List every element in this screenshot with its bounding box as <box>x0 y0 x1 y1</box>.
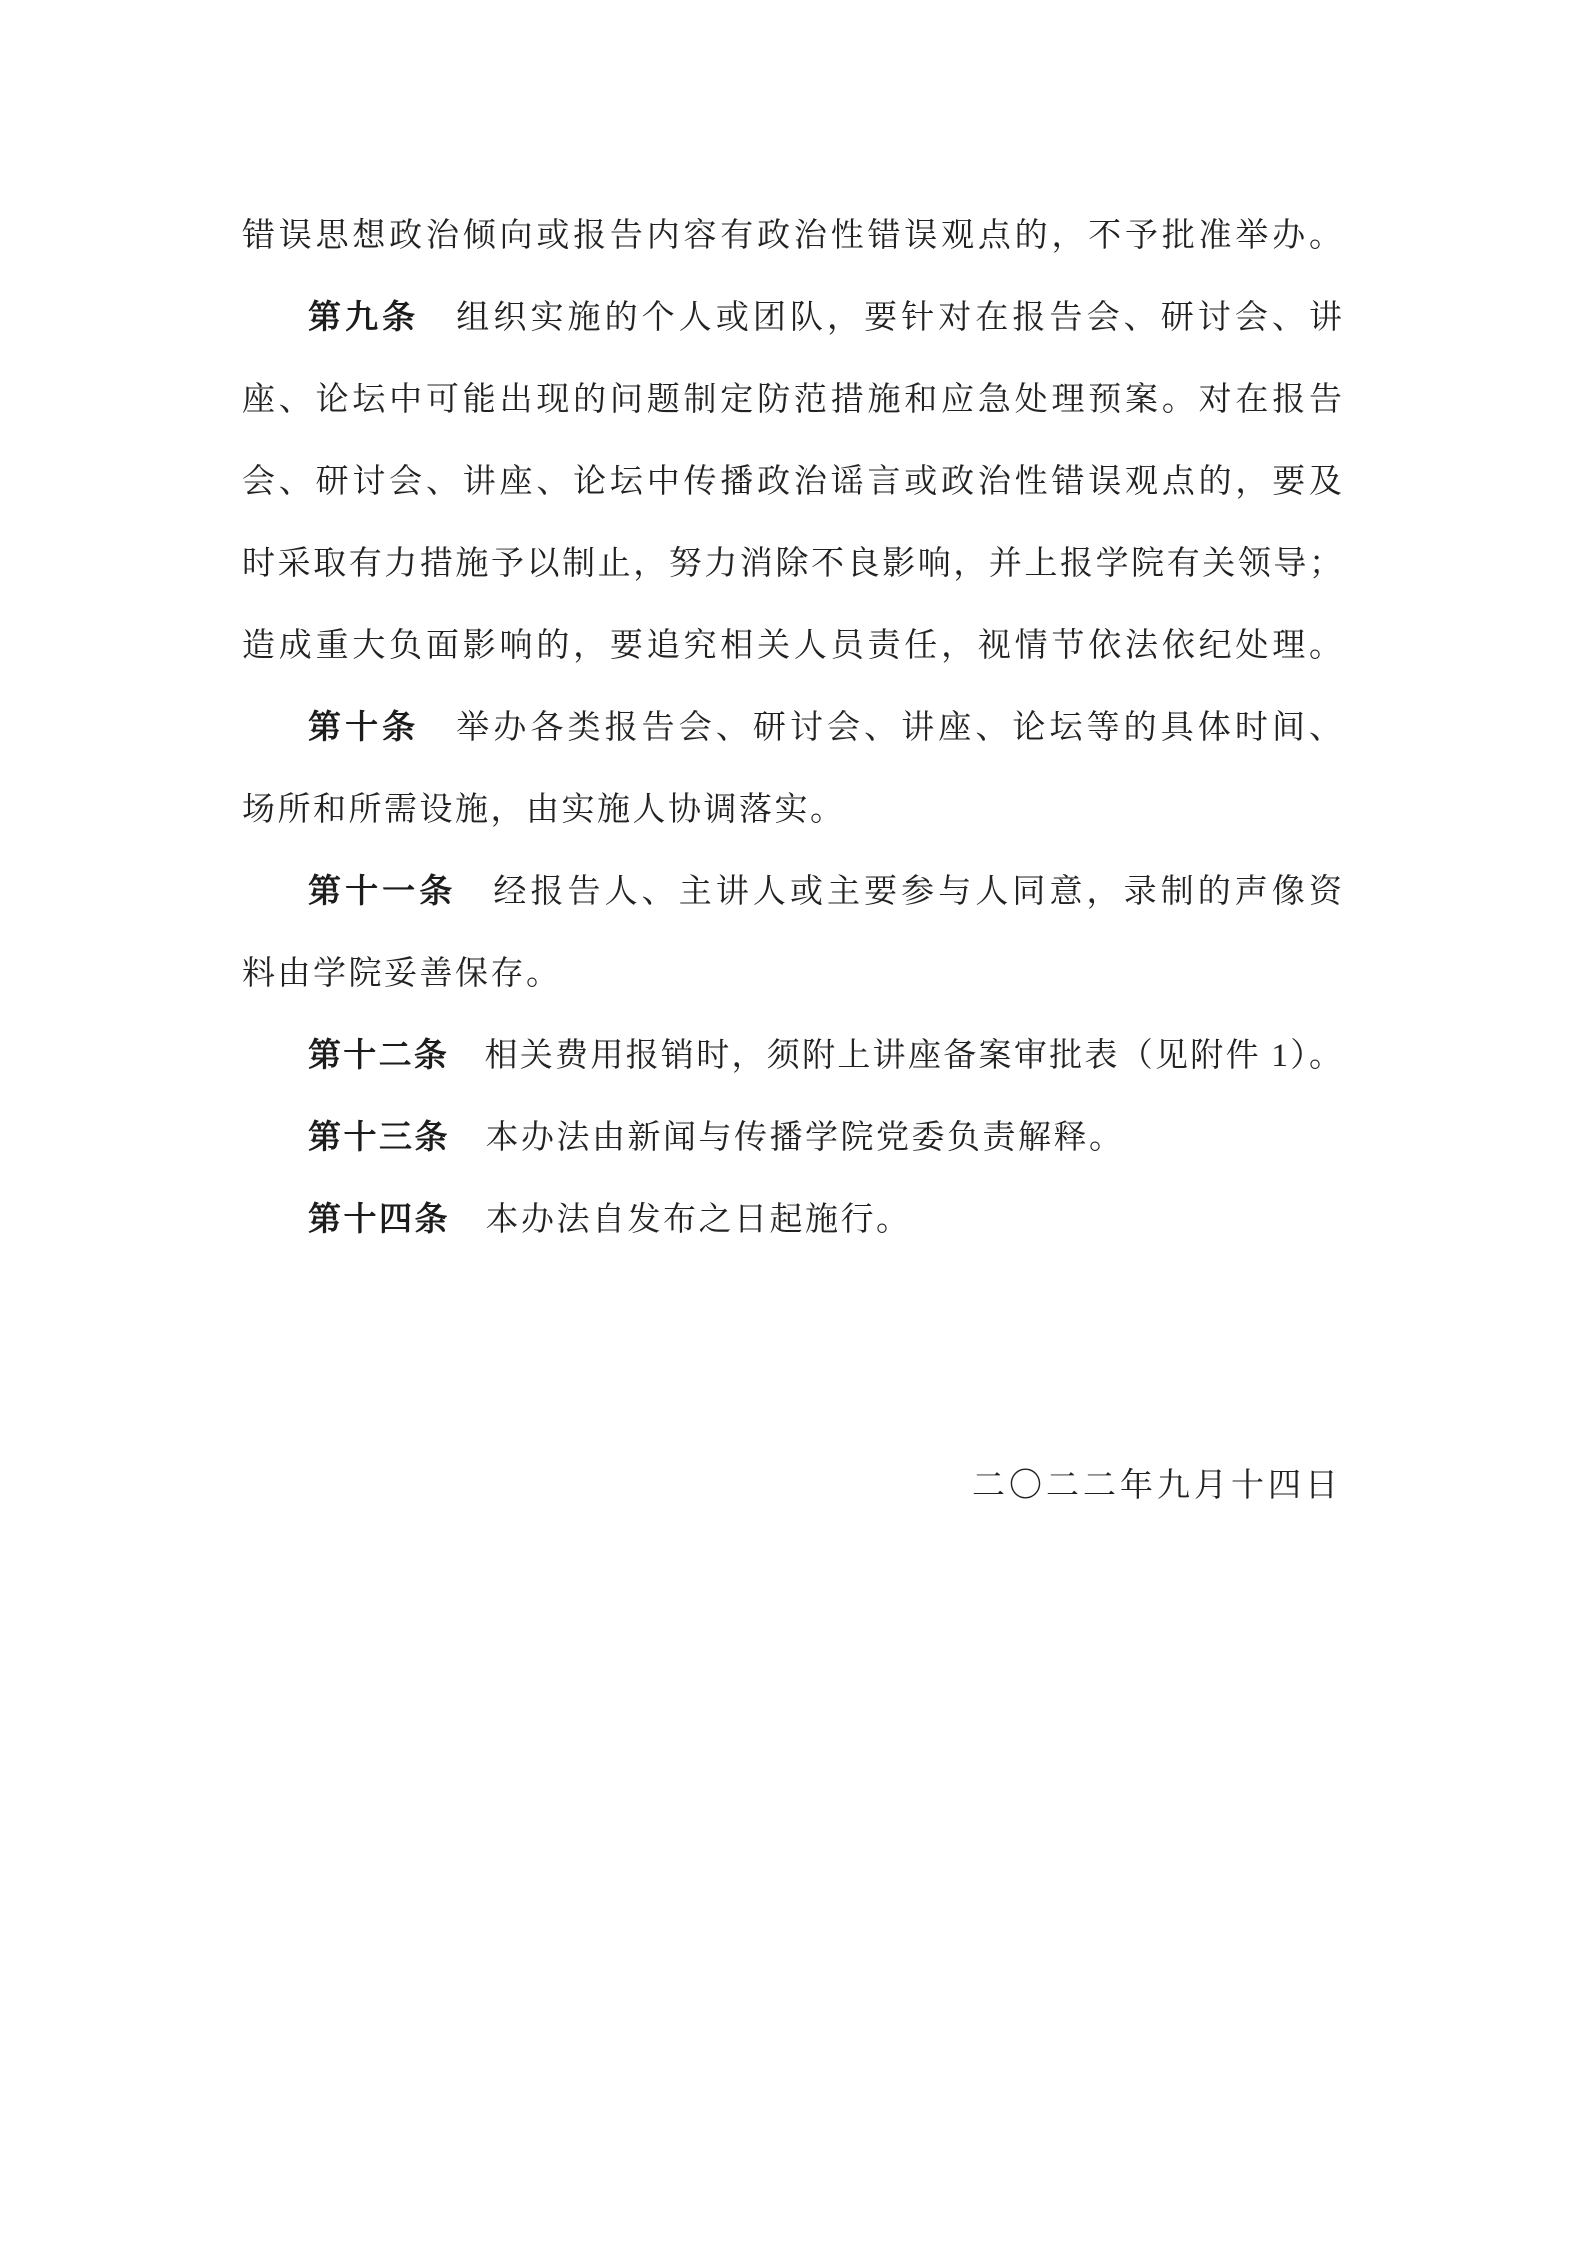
line-text: 场所和所需设施，由实施人协调落实。 <box>242 792 846 828</box>
text-line: 第十四条 本办法自发布之日起施行。 <box>242 1179 1342 1261</box>
article-number: 第十二条 <box>308 1038 449 1074</box>
line-text: 本办法由新闻与传播学院党委负责解释。 <box>450 1120 1125 1156</box>
document-body: 错误思想政治倾向或报告内容有政治性错误观点的，不予批准举办。 第九条 组织实施的… <box>242 195 1342 1527</box>
line-text: 相关费用报销时，须附上讲座备案审批表（见附件 1）。 <box>449 1038 1342 1074</box>
text-line: 错误思想政治倾向或报告内容有政治性错误观点的，不予批准举办。 <box>242 195 1342 277</box>
text-line: 第十三条 本办法由新闻与传播学院党委负责解释。 <box>242 1097 1342 1179</box>
line-text: 举办各类报告会、研讨会、讲座、论坛等的具体时间、 <box>419 710 1342 746</box>
text-line: 时采取有力措施予以制止，努力消除不良影响，并上报学院有关领导； <box>242 523 1342 605</box>
text-line: 料由学院妥善保存。 <box>242 933 1342 1015</box>
article-number: 第九条 <box>308 300 419 336</box>
article-number: 第十一条 <box>308 874 456 910</box>
text-line: 第十一条 经报告人、主讲人或主要参与人同意，录制的声像资 <box>242 851 1342 933</box>
line-text: 组织实施的个人或团队，要针对在报告会、研讨会、讲 <box>419 300 1342 336</box>
text-line: 第九条 组织实施的个人或团队，要针对在报告会、研讨会、讲 <box>242 277 1342 359</box>
article-number: 第十四条 <box>308 1202 450 1238</box>
line-text: 经报告人、主讲人或主要参与人同意，录制的声像资 <box>456 874 1342 910</box>
date-line: 二〇二二年九月十四日 <box>242 1445 1342 1527</box>
line-text: 本办法自发布之日起施行。 <box>450 1202 912 1238</box>
article-number: 第十三条 <box>308 1120 450 1156</box>
document-page: 错误思想政治倾向或报告内容有政治性错误观点的，不予批准举办。 第九条 组织实施的… <box>0 0 1587 2245</box>
text-line: 会、研讨会、讲座、论坛中传播政治谣言或政治性错误观点的，要及 <box>242 441 1342 523</box>
line-text: 料由学院妥善保存。 <box>242 956 562 992</box>
text-line: 第十二条 相关费用报销时，须附上讲座备案审批表（见附件 1）。 <box>242 1015 1342 1097</box>
text-line: 造成重大负面影响的，要追究相关人员责任，视情节依法依纪处理。 <box>242 605 1342 687</box>
paragraph-lines: 错误思想政治倾向或报告内容有政治性错误观点的，不予批准举办。 第九条 组织实施的… <box>242 195 1342 1261</box>
line-text: 造成重大负面影响的，要追究相关人员责任，视情节依法依纪处理。 <box>242 628 1342 664</box>
article-number: 第十条 <box>308 710 419 746</box>
line-text: 错误思想政治倾向或报告内容有政治性错误观点的，不予批准举办。 <box>242 218 1342 254</box>
text-line: 第十条 举办各类报告会、研讨会、讲座、论坛等的具体时间、 <box>242 687 1342 769</box>
line-text: 会、研讨会、讲座、论坛中传播政治谣言或政治性错误观点的，要及 <box>242 464 1342 500</box>
line-text: 时采取有力措施予以制止，努力消除不良影响，并上报学院有关领导； <box>242 546 1342 582</box>
text-line: 座、论坛中可能出现的问题制定防范措施和应急处理预案。对在报告 <box>242 359 1342 441</box>
line-text: 座、论坛中可能出现的问题制定防范措施和应急处理预案。对在报告 <box>242 382 1342 418</box>
text-line: 场所和所需设施，由实施人协调落实。 <box>242 769 1342 851</box>
